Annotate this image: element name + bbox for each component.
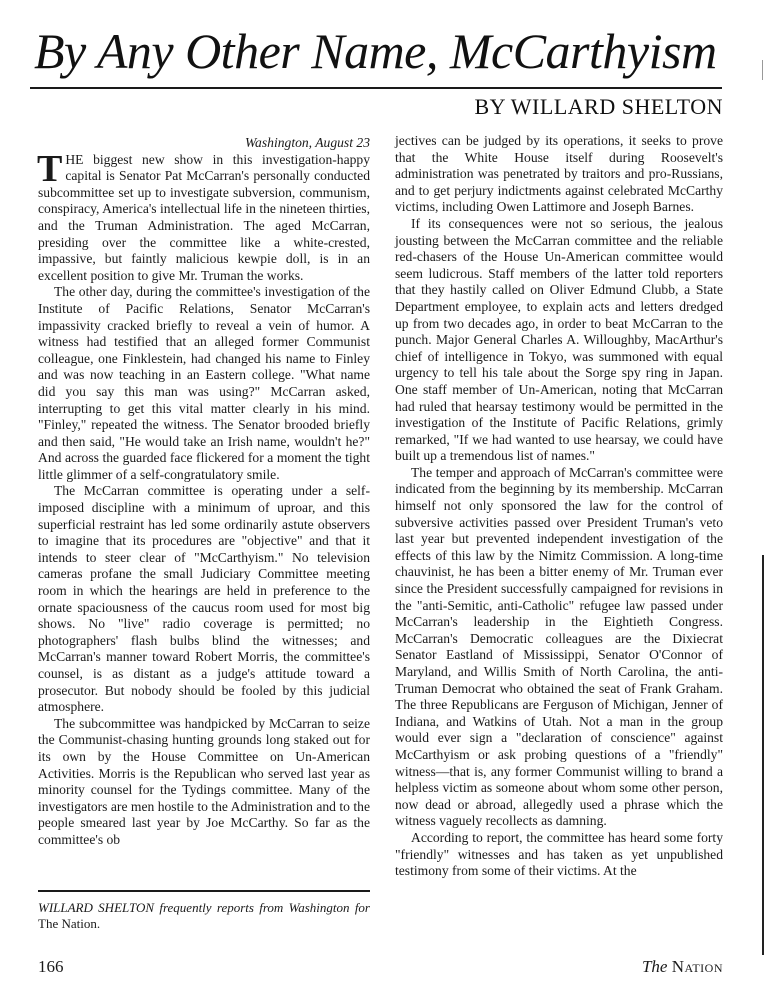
paragraph-5: If its consequences were not so serious,… xyxy=(395,216,723,465)
footnote-publication: The Nation. xyxy=(38,916,100,931)
paragraph-2: The other day, during the committee's in… xyxy=(38,284,370,483)
footnote-text: frequently reports from Washing­ton for xyxy=(159,900,370,915)
footnote-rule xyxy=(38,890,370,892)
paragraph-4: The subcommittee was handpicked by McCar… xyxy=(38,716,370,849)
drop-cap: T xyxy=(37,154,62,184)
paragraph-1-text: HE biggest new show in this investigatio… xyxy=(38,152,370,283)
dateline: Washington, August 23 xyxy=(38,135,370,152)
paragraph-6: The temper and approach of McCarran's co… xyxy=(395,465,723,830)
scan-edge-mark xyxy=(762,555,764,955)
masthead: The Nation xyxy=(642,957,723,977)
author-footnote: WILLARD SHELTON frequently reports from … xyxy=(38,900,370,932)
byline: BY WILLARD SHELTON xyxy=(474,94,723,120)
article-title: By Any Other Name, McCarthyism xyxy=(34,22,717,80)
left-column: Washington, August 23 THE biggest new sh… xyxy=(38,135,370,849)
paragraph-7: According to report, the committee has h… xyxy=(395,830,723,880)
footnote-author: WILLARD SHELTON xyxy=(38,900,154,915)
masthead-nation: Nation xyxy=(672,957,723,976)
paragraph-1: THE biggest new show in this investigati… xyxy=(38,152,370,285)
scan-edge-mark-top xyxy=(762,60,763,80)
page-number: 166 xyxy=(38,957,64,977)
paragraph-3: The McCarran committee is operating unde… xyxy=(38,483,370,715)
paragraph-4-continued: jectives can be judged by its operations… xyxy=(395,133,723,216)
title-rule xyxy=(30,87,722,89)
right-column: jectives can be judged by its operations… xyxy=(395,133,723,880)
masthead-the: The xyxy=(642,957,668,976)
